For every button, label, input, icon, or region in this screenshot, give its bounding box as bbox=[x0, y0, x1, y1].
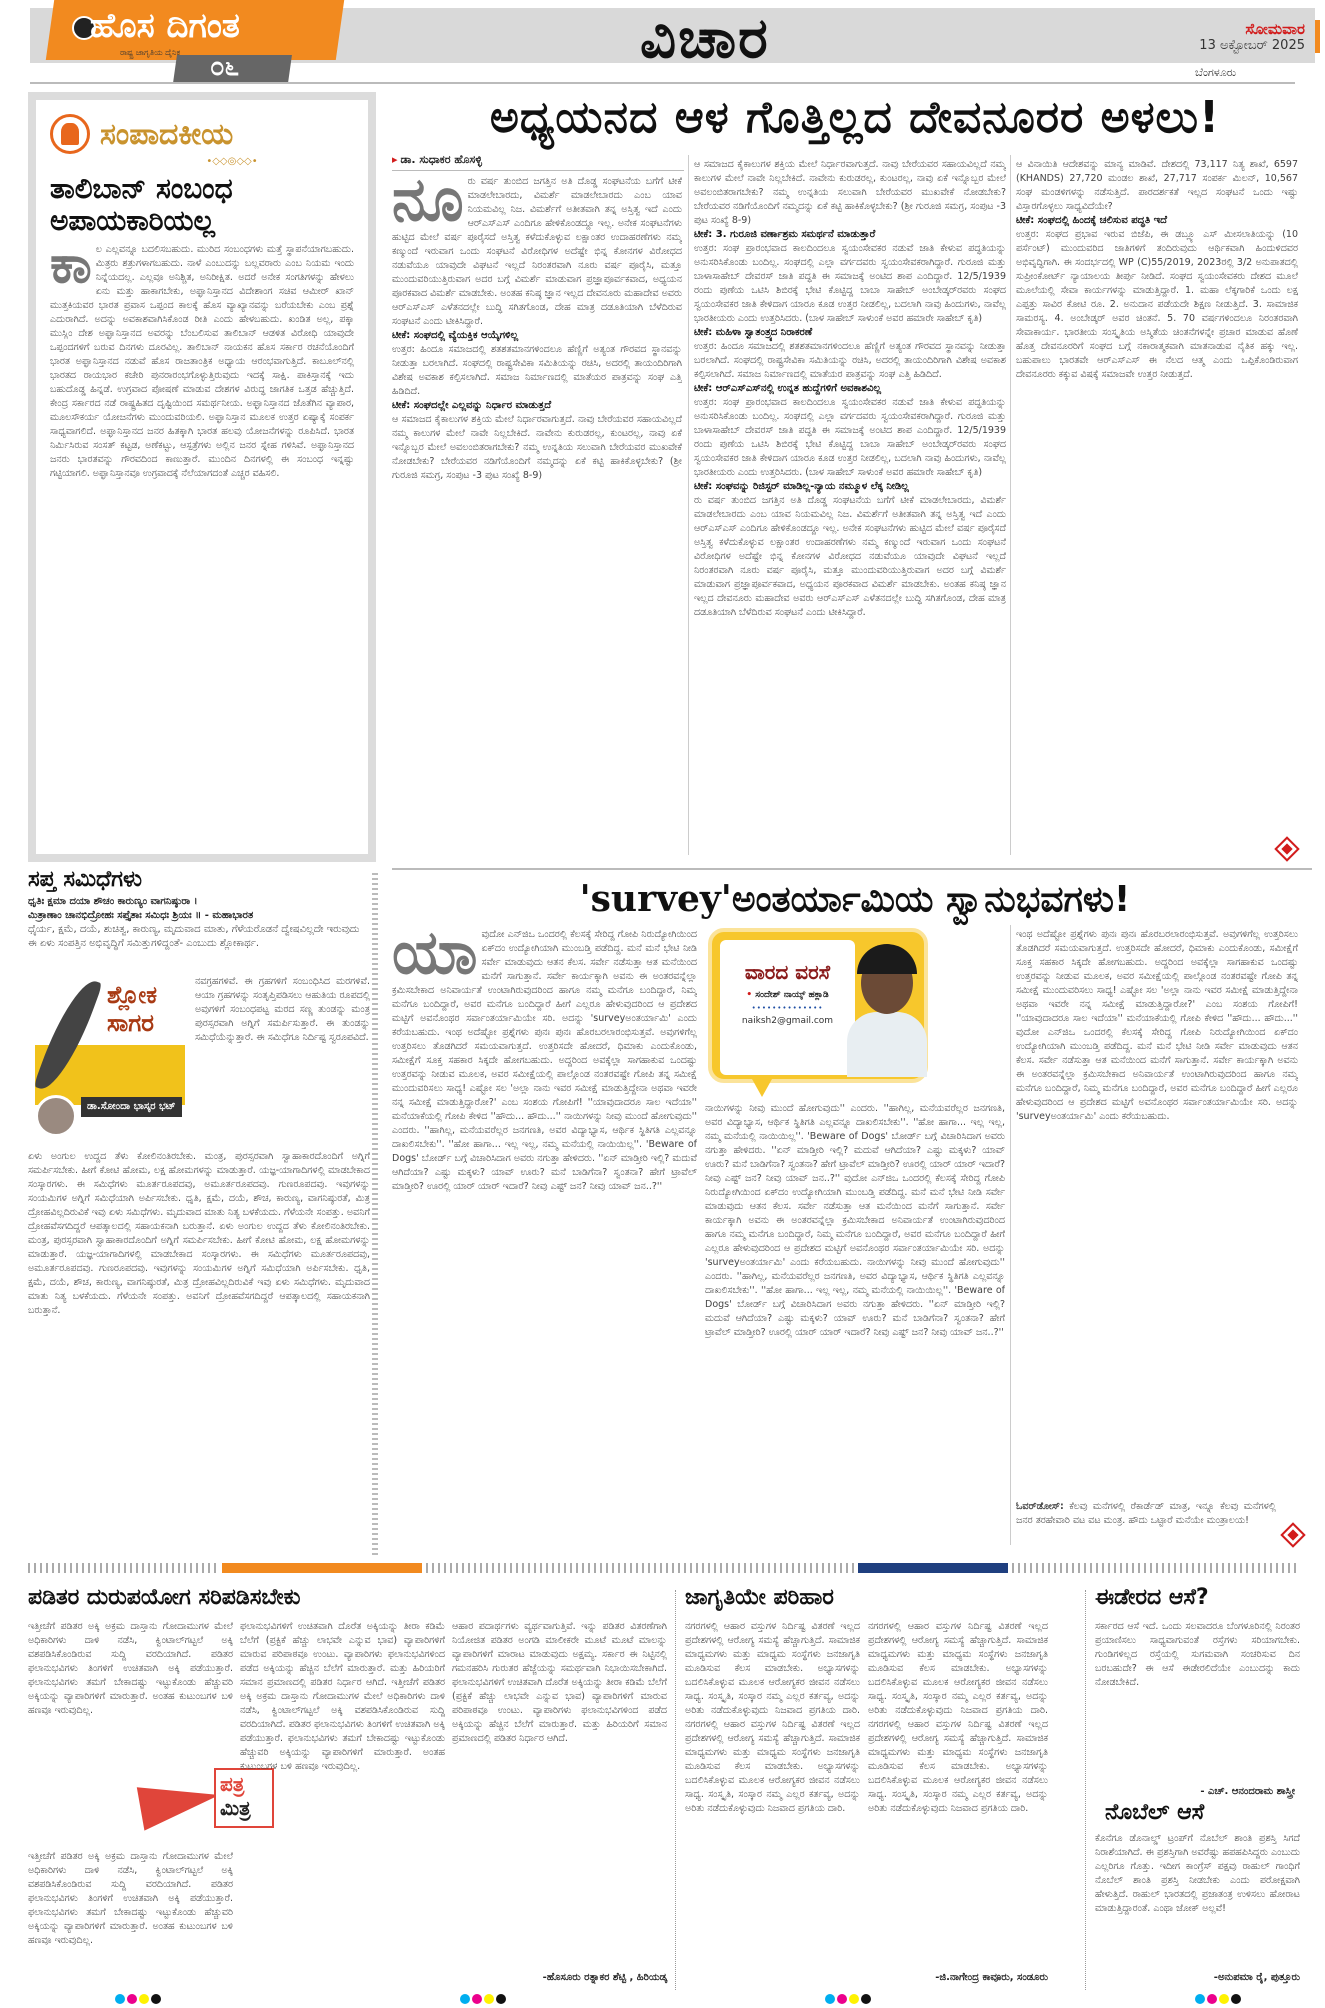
survey-col-1: ಯಾ ವುದೋ ಎನ್‌ಜಿಒ ಒಂದರಲ್ಲಿ ಕೆಲಸಕ್ಕೆ ಸೇರಿದ್… bbox=[392, 928, 697, 1548]
sapta-body: ಏಳು ಅಂಗುಲ ಉದ್ದದ ತೆಳು ಕೋಲಿನಂತಿರಬೇಕು. ಮಂತ್… bbox=[28, 1150, 370, 1520]
overdose-note: ಓವರ್‌ಡೋಸ್: ಕೆಲವು ಮನೆಗಳಲ್ಲಿ ರೆಕಾರ್ಡೆಡ್ ಮಾ… bbox=[1016, 1500, 1276, 1548]
stripe-band bbox=[1012, 1563, 1297, 1573]
letter-title-nobel[interactable]: ನೊಬೆಲ್ ಆಸೆ bbox=[1105, 1800, 1204, 1825]
editorial-body: ಕಾ ಲ ಎಲ್ಲವನ್ನೂ ಬದಲಿಸಬಹುದು. ಮುರಿದ ಸಂಬಂಧಗಳ… bbox=[50, 243, 354, 481]
paper-plane-icon bbox=[137, 1773, 223, 1830]
newspaper-tagline: ರಾಷ್ಟ್ರ ಜಾಗೃತಿಯ ದೈನಿಕ bbox=[120, 48, 180, 58]
section-divider bbox=[392, 868, 1312, 870]
letter-pds-col-1b: ಇತ್ತೀಚೆಗೆ ಪಡಿತರ ಅಕ್ಕಿ ಅಕ್ರಮ ದಾಸ್ತಾನು ಗೋದ… bbox=[28, 1850, 233, 1990]
stripe-band bbox=[426, 1563, 854, 1573]
orange-bar bbox=[222, 1563, 422, 1573]
cmyk-registration-marks bbox=[1195, 1994, 1241, 2004]
column-divider bbox=[1010, 155, 1011, 855]
subhead: ಟೀಕೆ: 3. ಗುರೂಜಿ ವರ್ಣಾಶ್ರಮ ಸಮರ್ಥನೆ ಮಾಡುತ್… bbox=[694, 228, 1006, 242]
byline-rule bbox=[392, 170, 684, 171]
shloka-author: ಡಾ.ಸೋಂದಾ ಭಾಸ್ಕರ ಭಟ್ bbox=[81, 1097, 182, 1117]
letter-signature: - ಎಚ್. ಆನಂದರಾಮ ಶಾಸ್ತ್ರೀ bbox=[1095, 1786, 1295, 1797]
author-photo bbox=[35, 1095, 77, 1137]
letter-awareness-col-2: ನಗರಗಳಲ್ಲಿ ಆಹಾರ ವಸ್ತುಗಳ ನಿರ್ದಿಷ್ಟ ವಿತರಣೆ … bbox=[868, 1620, 1048, 1960]
letter-pds-col-3: ಆಹಾರ ಪದಾರ್ಥಗಳು ವ್ಯರ್ಥವಾಗುತ್ತಿವೆ. ಇನ್ನು ಪ… bbox=[452, 1620, 667, 1965]
shloka-sagara-logo: ಶ್ಲೋಕ ಸಾಗರ ಡಾ.ಸೋಂದಾ ಭಾಸ್ಕರ ಭಟ್ bbox=[35, 975, 185, 1145]
column-author: ಸಂದೇಶ್ ನಾಯ್ಕ್ ಹಕ್ಲಾಡಿ bbox=[726, 990, 849, 1000]
subhead: ಟೀಕೆ: ಆರ್‌ಎಸ್‌ಎಸ್‌ನಲ್ಲಿ ಉನ್ನತ ಹುದ್ದೆಗಳಿಗ… bbox=[694, 382, 1006, 396]
sapta-side-text: ನವಗ್ರಹಗಳಿವೆ. ಈ ಗ್ರಹಗಳಿಗೆ ಸಂಬಂಧಿಸಿದ ಮರಗಳಿ… bbox=[195, 975, 370, 1150]
column-name: ವಾರದ ವರಸೆ bbox=[726, 960, 849, 984]
city-label: ಬೆಂಗಳೂರು bbox=[1195, 66, 1236, 80]
letter-title-pds[interactable]: ಪಡಿತರ ದುರುಪಯೋಗ ಸರಿಪಡಿಸಬೇಕು bbox=[28, 1585, 301, 1610]
shloka-meaning: ಧೈರ್ಯ, ಕ್ಷಮೆ, ದಯೆ, ಶುಚಿತ್ವ, ಕಾರುಣ್ಯ, ಮೃದ… bbox=[28, 923, 368, 951]
letter-title-awareness[interactable]: ಜಾಗೃತಿಯೇ ಪರಿಹಾರ bbox=[685, 1585, 834, 1610]
column-divider bbox=[688, 155, 689, 855]
letter-signature: -ಹೊಸೂರು ರತ್ನಾಕರ ಶೆಟ್ಟಿ , ಹಿರಿಯಡ್ಕ bbox=[452, 1972, 667, 1983]
dotted-divider: •••••••••••••• bbox=[726, 1004, 849, 1012]
author-email[interactable]: naiksh2@gmail.com bbox=[726, 1016, 849, 1026]
masthead: ಹೊಸ ದಿಗಂತ ರಾಷ್ಟ್ರ ಜಾಗೃತಿಯ ದೈನಿಕ ೦೬ ವಿಚಾರ… bbox=[0, 0, 1325, 84]
drop-cap: ನೂ bbox=[392, 175, 464, 225]
letter-title-wish[interactable]: ಈಡೇರದ ಆಸೆ? bbox=[1095, 1585, 1209, 1610]
article-end-diamond-icon bbox=[1283, 1525, 1303, 1545]
main-article-title[interactable]: ಅಧ್ಯಯನದ ಆಳ ಗೊತ್ತಿಲ್ಲದ ದೇವನೂರರ ಅಳಲು! bbox=[395, 92, 1315, 143]
page-number: ೦೬ bbox=[210, 52, 239, 83]
drop-cap: ಯಾ bbox=[392, 928, 477, 978]
vertical-stripe-divider bbox=[372, 870, 378, 1555]
drop-cap: ಕಾ bbox=[50, 243, 92, 287]
ornament-divider: •◇◇◎◇◇• bbox=[110, 156, 354, 167]
day-label: ಸೋಮವಾರ bbox=[1120, 20, 1305, 38]
bharat-map-logo-icon bbox=[50, 114, 90, 154]
newspaper-logo[interactable]: ಹೊಸ ದಿಗಂತ bbox=[90, 6, 240, 46]
main-article-col-1: ನೂ ರು ವರ್ಷ ತುಂಬಿದ ಜಗತ್ತಿನ ಅತಿ ದೊಡ್ಡ ಸಂಘಟ… bbox=[392, 175, 682, 855]
stripe-band bbox=[28, 1563, 218, 1573]
letter-pds-col-2: ಫಲಾನುಭವಿಗಳಿಗೆ ಉಚಿತವಾಗಿ ದೊರೆತ ಅಕ್ಕಿಯನ್ನು … bbox=[240, 1620, 445, 1985]
letter-nobel-body: ಕೊನೆಗೂ ಡೊನಾಲ್ಡ್ ಟ್ರಂಪ್‌ಗೆ ನೊಬೆಲ್ ಶಾಂತಿ ಪ… bbox=[1095, 1832, 1300, 1964]
letter-signature: -ಅನುಪಮಾ ರೈ, ಪುತ್ತೂರು bbox=[1095, 1972, 1300, 1983]
main-article-col-2: ಆ ಸಮಾಜದ ಕೈಕಾಲುಗಳ ಶಕ್ತಿಯ ಮೇಲೆ ನಿರ್ಧಾರವಾಗು… bbox=[694, 158, 1006, 855]
survey-col-2: ನಾಯಿಗಳನ್ನು ನೀವು ಮುಂದೆ ಹೋಗುವುದು'' ಎಂದರು. … bbox=[705, 1102, 1005, 1548]
sapta-title[interactable]: ಸಪ್ತ ಸಮಿಧೆಗಳು bbox=[28, 867, 142, 892]
subhead: ಟೀಕೆ: ಸಂಘದಲ್ಲಿ ವ್ಯೆಯಕ್ತಿಕ ಆಯ್ಕೆಗಳಿಲ್ಲ bbox=[392, 329, 682, 343]
editorial-header: ಸಂಪಾದಕೀಯ bbox=[50, 114, 354, 154]
letter-awareness-col-1: ನಗರಗಳಲ್ಲಿ ಆಹಾರ ವಸ್ತುಗಳ ನಿರ್ದಿಷ್ಟ ವಿತರಣೆ … bbox=[685, 1620, 860, 1980]
editorial-box: ಸಂಪಾದಕೀಯ •◇◇◎◇◇• ತಾಲಿಬಾನ್ ಸಂಬಂಧ ಅಪಾಯಕಾರಿ… bbox=[28, 92, 376, 862]
masthead-divider bbox=[30, 82, 1295, 84]
column-divider bbox=[1085, 1590, 1086, 1990]
survey-article-title[interactable]: 'survey'ಅಂತರ್ಯಾಮಿಯ ಸ್ವಾನುಭವಗಳು! bbox=[395, 878, 1315, 921]
column-divider bbox=[1010, 925, 1011, 1545]
survey-col-3: ಇಂಥ ಅದೆಷ್ಟೋ ಪ್ರಶ್ನೆಗಳು ಪುನಃ ಪುನಃ ಹೊರಬರಲಾ… bbox=[1016, 928, 1298, 1483]
cmyk-registration-marks bbox=[825, 1994, 871, 2004]
navy-bar bbox=[858, 1563, 1008, 1573]
subhead: ಟೀಕೆ: ಸಂಘದಲ್ಲಿ ಹಿಂದಕ್ಕೆ ಚಲಿಸುವ ಪದ್ಧತಿ ಇದ… bbox=[1016, 214, 1298, 228]
subhead: ಟೀಕೆ: ಸಂಘವನ್ನು ರಿಜಿಸ್ಟರ್ ಮಾಡಿಲ್ಲ-ನ್ಯಾಯ ನ… bbox=[694, 480, 1006, 494]
letter-signature: -ಜಿ.ನಾಗೇಂದ್ರ ಕಾವೂರು, ಸಂಡೂರು bbox=[868, 1972, 1048, 1983]
shloka-verse: ಧೃತಿಃ ಕ್ಷಮಾ ದಯಾ ಶೌಚಂ ಕಾರುಣ್ಯಂ ವಾಗನಿಷ್ಠುರ… bbox=[28, 895, 368, 951]
section-title: ವಿಚಾರ bbox=[640, 6, 770, 72]
column-bubble-card: ವಾರದ ವರಸೆ ಸಂದೇಶ್ ನಾಯ್ಕ್ ಹಕ್ಲಾಡಿ ••••••••… bbox=[708, 928, 928, 1083]
editorial-title[interactable]: ತಾಲಿಬಾನ್ ಸಂಬಂಧ ಅಪಾಯಕಾರಿಯಲ್ಲ bbox=[50, 173, 354, 237]
cmyk-registration-marks bbox=[115, 1994, 161, 2004]
letter-pds-col-1: ಇತ್ತೀಚೆಗೆ ಪಡಿತರ ಅಕ್ಕಿ ಅಕ್ರಮ ದಾಸ್ತಾನು ಗೋದ… bbox=[28, 1620, 233, 1760]
editorial-label: ಸಂಪಾದಕೀಯ bbox=[100, 117, 233, 152]
date-block: ಸೋಮವಾರ 13 ಅಕ್ಟೋಬರ್ 2025 bbox=[1120, 20, 1320, 53]
subhead: ಟೀಕೆ: ಮಹಿಳಾ ಸ್ವಾತಂತ್ರ್ಯದ ನಿರಾಕರಣೆ bbox=[694, 326, 1006, 340]
letter-wish-body: ಸರ್ಕಾರದ ಆಸೆ ಇದೆ. ಒಂದು ಸಲವಾದರೂ ಬೆಂಗಳೂರಿನಲ… bbox=[1095, 1620, 1300, 1780]
cmyk-registration-marks bbox=[460, 1994, 506, 2004]
author-photo bbox=[847, 942, 927, 1077]
main-article-byline: ಡಾ. ಸುಧಾಕರ ಹೊಸಳ್ಳಿ bbox=[392, 153, 482, 167]
column-divider bbox=[675, 1590, 676, 1990]
main-article-col-3: ಆ ವಿನಾಯಿತಿ ಆದೇಶವನ್ನು ಮಾನ್ಯ ಮಾಡಿವೆ. ದೇಶದಲ… bbox=[1016, 158, 1298, 855]
subhead: ಟೀಕೆ: ಸಂಘದಲ್ಲೇ ಎಲ್ಲವನ್ನು ನಿರ್ಧಾರ ಮಾಡುತ್ತ… bbox=[392, 399, 682, 413]
date-label: 13 ಅಕ್ಟೋಬರ್ 2025 bbox=[1120, 38, 1305, 53]
